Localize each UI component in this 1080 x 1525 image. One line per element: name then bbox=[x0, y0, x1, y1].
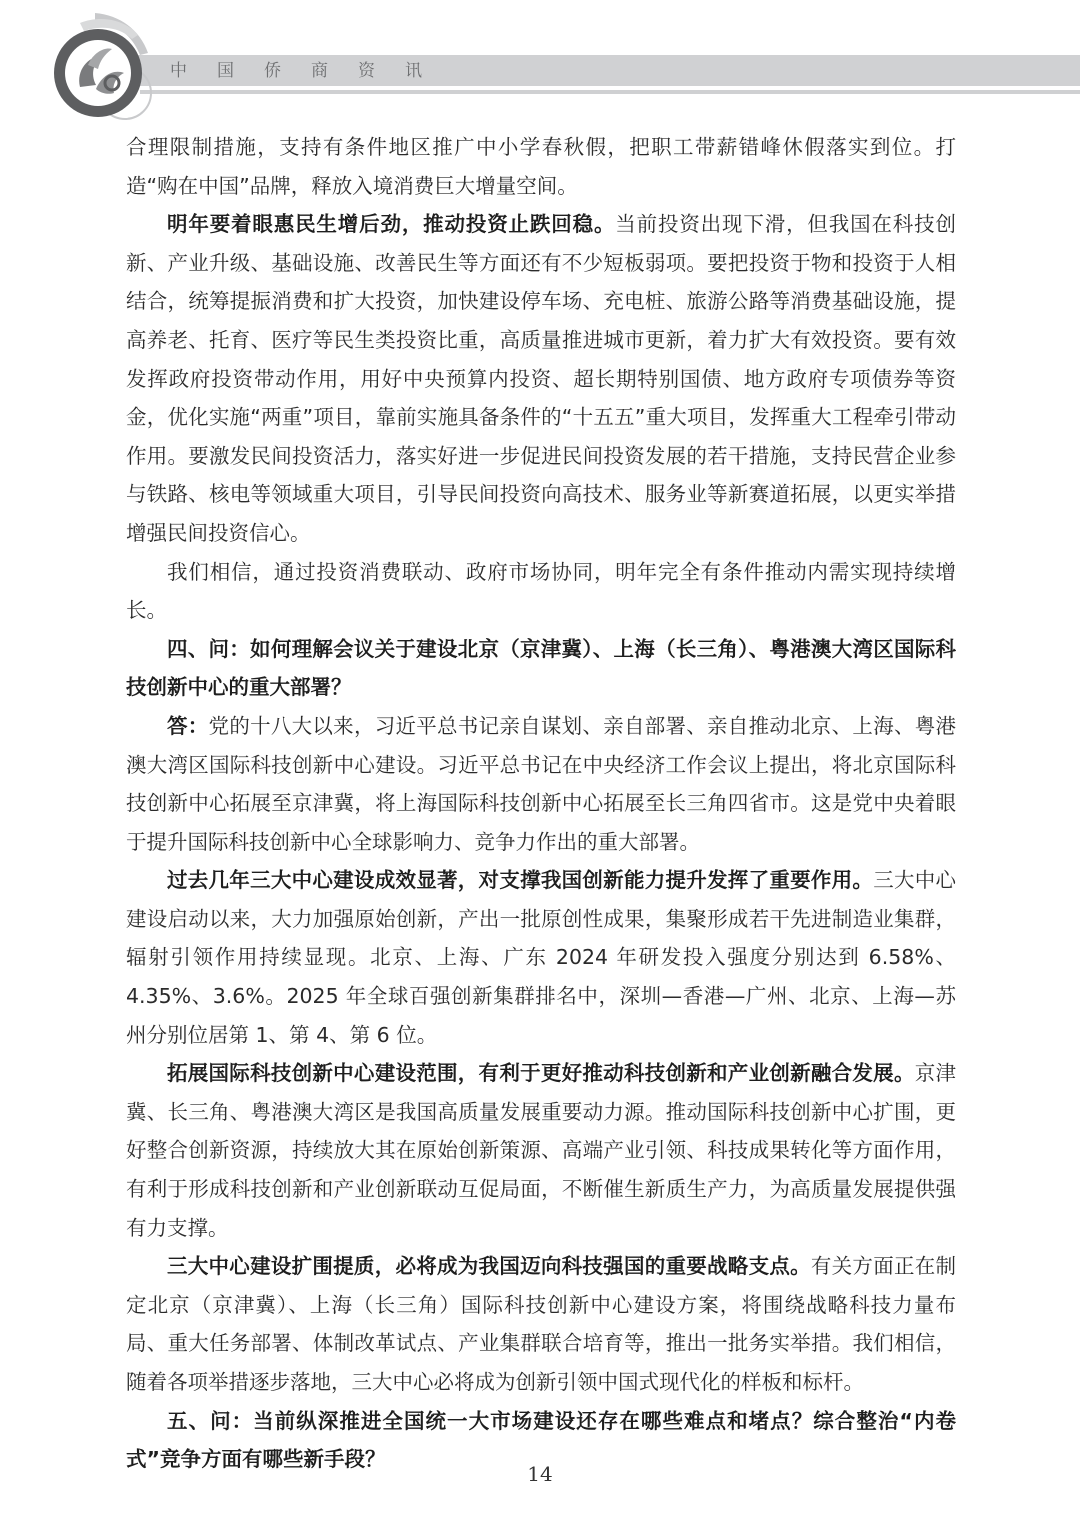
paragraph-text: 当前投资出现下滑，但我国在科技创新、产业升级、基础设施、改善民生等方面还有不少短… bbox=[126, 212, 956, 545]
paragraph: 我们相信，通过投资消费联动、政府市场协同，明年完全有条件推动内需实现持续增长。 bbox=[126, 553, 956, 630]
paragraph-text: 合理限制措施，支持有条件地区推广中小学春秋假，把职工带薪错峰休假落实到位。打造“… bbox=[126, 135, 956, 198]
page-number: 14 bbox=[0, 1462, 1080, 1486]
federation-logo-icon bbox=[40, 5, 160, 125]
paragraph-lead: 明年要着眼惠民生增后劲，推动投资止跌回稳。 bbox=[167, 212, 615, 236]
paragraph-text: 党的十八大以来，习近平总书记亲自谋划、亲自部署、亲自推动北京、上海、粤港澳大湾区… bbox=[126, 714, 956, 854]
question-text: 四、问：如何理解会议关于建设北京（京津冀）、上海（长三角）、粤港澳大湾区国际科技… bbox=[126, 637, 956, 700]
article-body: 合理限制措施，支持有条件地区推广中小学春秋假，把职工带薪错峰休假落实到位。打造“… bbox=[126, 128, 956, 1479]
paragraph: 明年要着眼惠民生增后劲，推动投资止跌回稳。当前投资出现下滑，但我国在科技创新、产… bbox=[126, 205, 956, 552]
paragraph: 三大中心建设扩围提质，必将成为我国迈向科技强国的重要战略支点。有关方面正在制定北… bbox=[126, 1247, 956, 1401]
answer-label: 答： bbox=[167, 714, 209, 738]
paragraph-lead: 拓展国际科技创新中心建设范围，有利于更好推动科技创新和产业创新融合发展。 bbox=[167, 1061, 915, 1085]
paragraph: 合理限制措施，支持有条件地区推广中小学春秋假，把职工带薪错峰休假落实到位。打造“… bbox=[126, 128, 956, 205]
page-header: 中国侨商资讯 bbox=[0, 0, 1080, 130]
paragraph: 过去几年三大中心建设成效显著，对支撑我国创新能力提升发挥了重要作用。三大中心建设… bbox=[126, 861, 956, 1054]
paragraph-text: 京津冀、长三角、粤港澳大湾区是我国高质量发展重要动力源。推动国际科技创新中心扩围… bbox=[126, 1061, 956, 1239]
question-heading: 四、问：如何理解会议关于建设北京（京津冀）、上海（长三角）、粤港澳大湾区国际科技… bbox=[126, 630, 956, 707]
paragraph-lead: 过去几年三大中心建设成效显著，对支撑我国创新能力提升发挥了重要作用。 bbox=[167, 868, 873, 892]
paragraph: 答：党的十八大以来，习近平总书记亲自谋划、亲自部署、亲自推动北京、上海、粤港澳大… bbox=[126, 707, 956, 861]
paragraph: 拓展国际科技创新中心建设范围，有利于更好推动科技创新和产业创新融合发展。京津冀、… bbox=[126, 1054, 956, 1247]
publication-title: 中国侨商资讯 bbox=[170, 60, 452, 82]
paragraph-text: 三大中心建设启动以来，大力加强原始创新，产出一批原创性成果，集聚形成若干先进制造… bbox=[126, 868, 956, 1046]
paragraph-lead: 三大中心建设扩围提质，必将成为我国迈向科技强国的重要战略支点。 bbox=[167, 1254, 811, 1278]
paragraph-text: 我们相信，通过投资消费联动、政府市场协同，明年完全有条件推动内需实现持续增长。 bbox=[126, 560, 956, 623]
header-rule bbox=[140, 90, 1080, 94]
